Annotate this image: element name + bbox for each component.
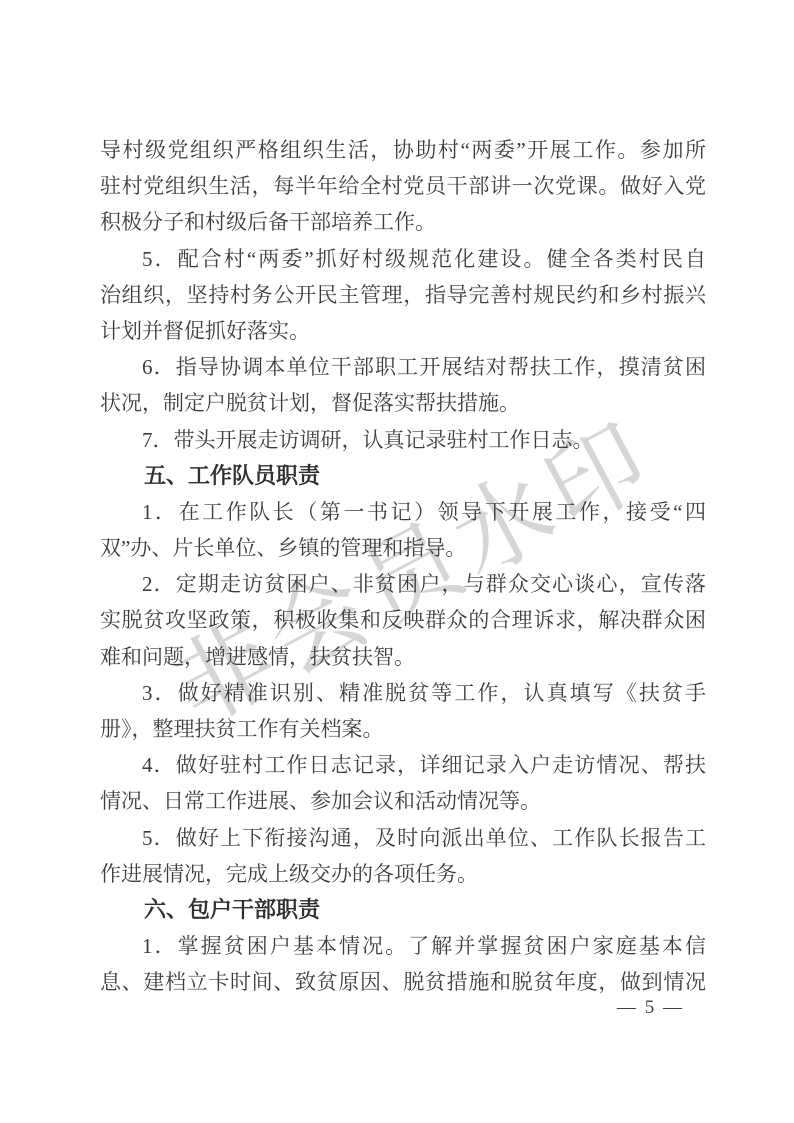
text-line: 息、建档立卡时间、致贫原因、脱贫措施和脱贫年度，做到情况 xyxy=(100,964,706,1000)
text-line: 册》，整理扶贫工作有关档案。 xyxy=(100,711,706,747)
text-line: 情况、日常工作进展、参加会议和活动情况等。 xyxy=(100,783,706,819)
text-line: 作进展情况，完成上级交办的各项任务。 xyxy=(100,856,706,892)
text-line: 状况，制定户脱贫计划，督促落实帮扶措施。 xyxy=(100,385,706,421)
text-line: 积极分子和村级后备干部培养工作。 xyxy=(100,204,706,240)
text-line: 4．做好驻村工作日志记录，详细记录入户走访情况、帮扶 xyxy=(100,747,706,783)
text-line: 驻村党组织生活，每半年给全村党员干部讲一次党课。做好入党 xyxy=(100,168,706,204)
text-line: 5．配合村“两委”抓好村级规范化建设。健全各类村民自 xyxy=(100,241,706,277)
text-line: 双”办、片长单位、乡镇的管理和指导。 xyxy=(100,530,706,566)
text-line: 五、工作队员职责 xyxy=(100,458,706,494)
text-line: 计划并督促抓好落实。 xyxy=(100,313,706,349)
document-page: 非会员水印 导村级党组织严格组织生活，协助村“两委”开展工作。参加所驻村党组织生… xyxy=(0,0,794,1123)
text-line: 6．指导协调本单位干部职工开展结对帮扶工作，摸清贫困 xyxy=(100,349,706,385)
page-number: — 5 — xyxy=(617,997,684,1019)
text-line: 1．在工作队长（第一书记）领导下开展工作，接受“四 xyxy=(100,494,706,530)
text-line: 导村级党组织严格组织生活，协助村“两委”开展工作。参加所 xyxy=(100,132,706,168)
text-line: 1．掌握贫困户基本情况。了解并掌握贫困户家庭基本信 xyxy=(100,928,706,964)
document-body: 导村级党组织严格组织生活，协助村“两委”开展工作。参加所驻村党组织生活，每半年给… xyxy=(100,132,706,1001)
text-line: 5．做好上下衔接沟通，及时向派出单位、工作队长报告工 xyxy=(100,820,706,856)
text-line: 实脱贫攻坚政策，积极收集和反映群众的合理诉求，解决群众困 xyxy=(100,602,706,638)
text-line: 治组织，坚持村务公开民主管理，指导完善村规民约和乡村振兴 xyxy=(100,277,706,313)
text-line: 7．带头开展走访调研，认真记录驻村工作日志。 xyxy=(100,422,706,458)
text-line: 六、包户干部职责 xyxy=(100,892,706,928)
text-line: 3．做好精准识别、精准脱贫等工作，认真填写《扶贫手 xyxy=(100,675,706,711)
text-line: 2．定期走访贫困户、非贫困户，与群众交心谈心，宣传落 xyxy=(100,566,706,602)
text-line: 难和问题，增进感情，扶贫扶智。 xyxy=(100,639,706,675)
